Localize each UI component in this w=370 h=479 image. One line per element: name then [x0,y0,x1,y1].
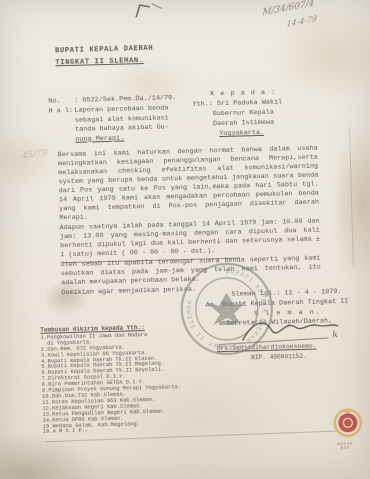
scanned-letter-page: M/34/607/4 14-4-79 BUPATI KEPALA DAERAH … [0,0,370,479]
cc-list-block: Tembusan dikirim kepada Yth.: 1.Pangkowi… [40,324,182,436]
subject-line: nung Merapi. [75,133,169,145]
addressee-block: K e p a d a : Yth.: Sri Paduka Wakil Gub… [192,87,283,139]
letter-content: M/34/607/4 14-4-79 BUPATI KEPALA DAERAH … [0,0,370,479]
archive-stamp-caption: ARSIP DIY [337,442,353,451]
paper-crease [349,128,354,266]
pen-mark-icon [132,0,169,21]
body-paragraph: Adapun saatnya ialah pada tanggal 14 Apr… [60,217,321,260]
addressee-line: Yogyakarta. [219,127,283,139]
handwritten-margin-note: 45/79 [22,148,48,162]
handwritten-check-mark: k [332,330,339,341]
signature-icon [240,314,341,349]
archive-stamp-icon [330,407,365,442]
letterhead-line2: TINGKAT II SLEMAN. [55,55,154,70]
body-paragraph: Bersama ini kami haturkan dengan hormat … [58,144,320,223]
handwritten-date-note: 14-4-79 [286,14,317,29]
letterhead: BUPATI KEPALA DAERAH TINGKAT II SLEMAN. [55,43,154,70]
subject-block: Laporan percobaan benda sebagai alat kom… [74,104,169,144]
ref-no-label: No. [48,97,74,107]
